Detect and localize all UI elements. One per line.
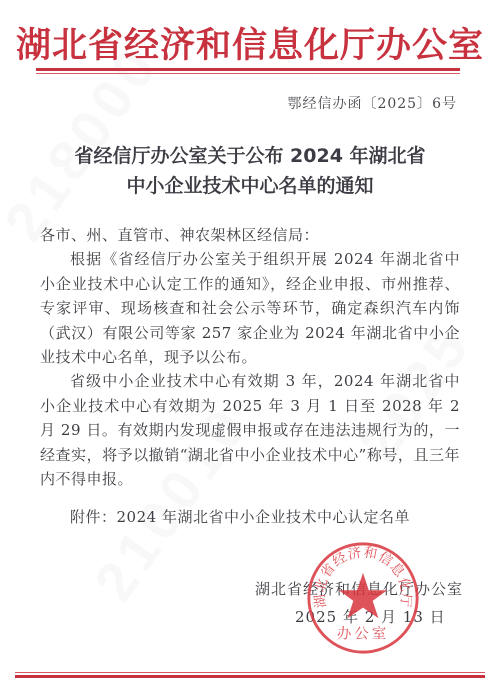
- issuer-header: 湖北省经济和信息化厅办公室: [0, 18, 500, 68]
- body-paragraph: 省级中小企业技术中心有效期 3 年，2024 年湖北省中小企业技术中心有效期为 …: [40, 369, 460, 492]
- attachment-note: 附件：2024 年湖北省中小企业技术中心认定名单: [70, 505, 470, 530]
- title-line-2: 中小企业技术中心名单的通知: [0, 171, 500, 201]
- salutation: 各市、州、直管市、神农架林区经信局：: [40, 223, 460, 248]
- official-seal: 湖北省经济和信息化厅 办公室: [305, 540, 421, 656]
- header-divider-thick: [36, 68, 460, 71]
- header-divider-thin: [36, 73, 460, 74]
- footer-divider-thick: [15, 675, 485, 678]
- document-number: 鄂经信办函〔2025〕6号: [287, 93, 457, 113]
- star-icon: [339, 573, 387, 618]
- title-line-1: 省经信厅办公室关于公布 2024 年湖北省: [0, 141, 500, 171]
- body-paragraph: 根据《省经信厅办公室关于组织开展 2024 年湖北省中小企业技术中心认定工作的通…: [40, 247, 460, 370]
- footer-divider-thin: [15, 672, 485, 673]
- document-title: 省经信厅办公室关于公布 2024 年湖北省 中小企业技术中心名单的通知: [0, 141, 500, 201]
- seal-bottom-text: 办公室: [337, 626, 389, 643]
